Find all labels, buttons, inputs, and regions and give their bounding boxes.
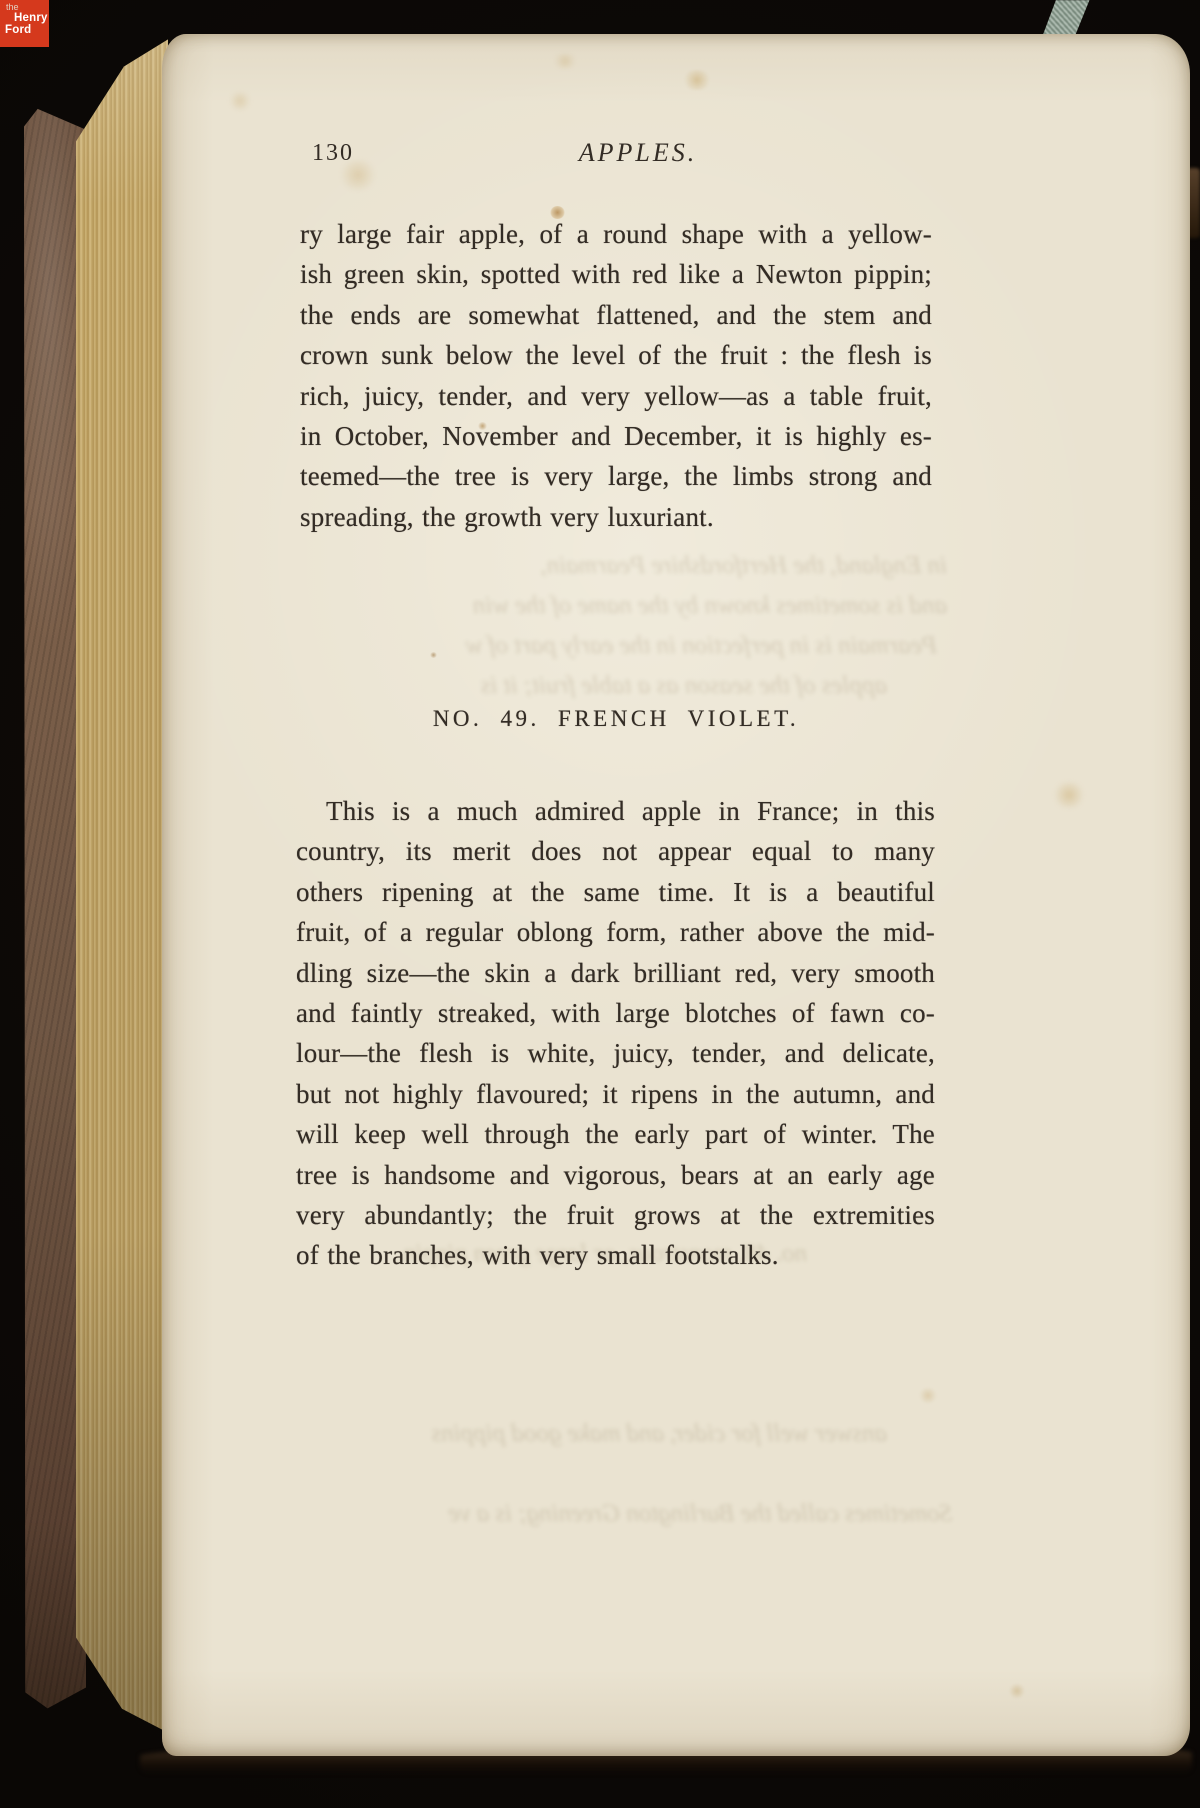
text-line: country, its merit does not appear equal… — [296, 831, 935, 871]
bleed-through-line: and is sometimes known by the name of th… — [327, 592, 947, 620]
logo-word-the: the — [6, 3, 49, 12]
page-header: 130 APPLES. — [162, 140, 1114, 174]
text-line: and faintly streaked, with large blotche… — [296, 993, 935, 1033]
text-line: very abundantly; the fruit grows at the … — [296, 1195, 935, 1235]
text-line: of the branches, with very small footsta… — [296, 1235, 935, 1275]
paragraph-1: ry large fair apple, of a round shape wi… — [300, 214, 932, 537]
bleed-through-line: Pearmain is in perfection in the early p… — [327, 632, 937, 660]
running-title: APPLES. — [162, 138, 1114, 168]
page-fore-edge-stack — [76, 36, 168, 1736]
text-line: fruit, of a regular oblong form, rather … — [296, 912, 935, 952]
text-line: tree is handsome and vigorous, bears at … — [296, 1155, 935, 1195]
text-line: but not highly flavoured; it ripens in t… — [296, 1074, 935, 1114]
text-line: teemed—the tree is very large, the limbs… — [300, 456, 932, 496]
foxing-spot — [1052, 782, 1086, 808]
text-line: lour—the flesh is white, juicy, tender, … — [296, 1033, 935, 1073]
photo-of-book-page: the Henry Ford in England, the Hertfords… — [0, 0, 1200, 1808]
bleed-through-line: in England, the Hertfordshire Pearmain, — [387, 552, 947, 580]
foxing-spot — [918, 1388, 938, 1403]
text-line: others ripening at the same time. It is … — [296, 872, 935, 912]
text-line: in October, November and December, it is… — [300, 416, 932, 456]
text-line: ry large fair apple, of a round shape wi… — [300, 214, 932, 254]
foxing-spot — [1008, 1684, 1026, 1698]
henry-ford-logo: the Henry Ford — [0, 0, 49, 47]
text-line: the ends are somewhat flattened, and the… — [300, 295, 932, 335]
section-heading: NO. 49. FRENCH VIOLET. — [300, 706, 932, 732]
text-line: will keep well through the early part of… — [296, 1114, 935, 1154]
foxing-spot — [682, 70, 712, 90]
text-line: rich, juicy, tender, and very yellow—as … — [300, 376, 932, 416]
text-line: spreading, the growth very luxuriant. — [300, 497, 932, 537]
foxing-spot — [228, 92, 252, 110]
text-line: This is a much admired apple in France; … — [296, 791, 935, 831]
bleed-through-line: answer well for cider, and make good pip… — [327, 1420, 887, 1448]
foxing-spot — [430, 652, 437, 658]
book-page: in England, the Hertfordshire Pearmain,a… — [162, 34, 1190, 1756]
text-line: ish green skin, spotted with red like a … — [300, 254, 932, 294]
text-line: dling size—the skin a dark brilliant red… — [296, 953, 935, 993]
text-line: crown sunk below the level of the fruit … — [300, 335, 932, 375]
foxing-spot — [552, 54, 578, 68]
paragraph-2: This is a much admired apple in France; … — [296, 791, 935, 1276]
bookmark-ribbon — [1038, 0, 1094, 36]
bleed-through-line: Sometimes called the Burlington Greening… — [302, 1500, 952, 1528]
bleed-through-line: apples of the season as a table fruit; i… — [367, 672, 887, 700]
logo-word-ford: Ford — [5, 25, 49, 37]
